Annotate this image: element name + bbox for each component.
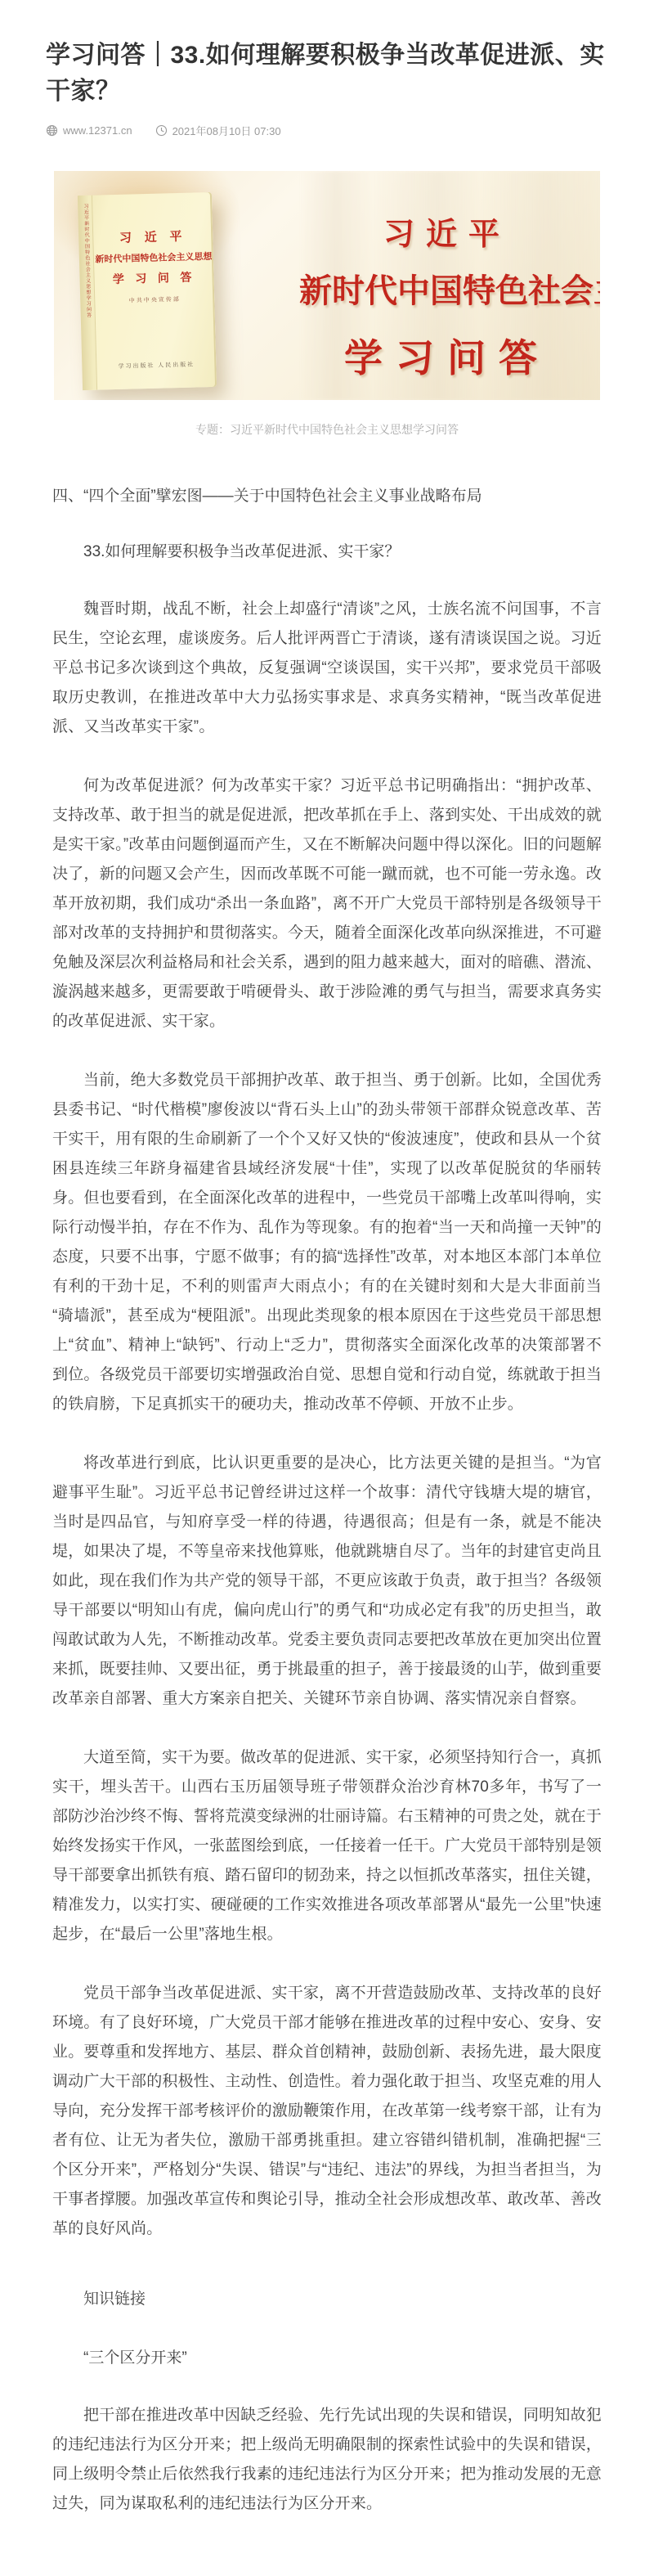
datetime-item: 2021年08月10日 07:30 [155, 123, 281, 138]
globe-icon [46, 124, 58, 137]
paragraph: 大道至简，实干为要。做改革的促进派、实干家，必须坚持知行合一，真抓实干，埋头苦干… [52, 1743, 602, 1949]
book-press-names: 学习出版社 人民出版社 [96, 360, 216, 372]
knowledge-link-body: 把干部在推进改革中因缺乏经验、先行先试出现的失误和错误，同明知故犯的违纪违法行为… [52, 2401, 602, 2519]
section-heading: 四、“四个全面”擘宏图——关于中国特色社会主义事业战略布局 [52, 483, 602, 510]
paragraph: 魏晋时期，战乱不断，社会上却盛行“清谈”之风，士族名流不问国事，不言民生，空论玄… [52, 595, 602, 742]
banner-caption: 专题：习近平新时代中国特色社会主义思想学习问答 [0, 421, 654, 438]
book-publisher: 中共中央宣传部 [95, 294, 214, 306]
paragraph: 当前，绝大多数党员干部拥护改革、敢于担当、勇于创新。比如，全国优秀县委书记、“时… [52, 1066, 602, 1419]
banner-headline-line1: 习近平 [299, 209, 595, 254]
paragraph: 何为改革促进派？何为改革实干家？习近平总书记明确指出：“拥护改革、支持改革、敢于… [52, 771, 602, 1036]
banner-headline-line3: 学习问答 [299, 328, 595, 383]
article-meta: www.12371.cn 2021年08月10日 07:30 [46, 123, 608, 138]
book-cover: 习近平新时代中国特色社会主义思想学习问答 习 近 平 新时代中国特色社会主义思想… [78, 192, 217, 390]
banner-image: 习近平新时代中国特色社会主义思想学习问答 习 近 平 新时代中国特色社会主义思想… [54, 171, 600, 400]
book-title-line3: 学 习 问 答 [94, 268, 213, 288]
knowledge-link-subtitle: “三个区分开来” [52, 2345, 602, 2371]
paragraph: 党员干部争当改革促进派、实干家，离不开营造鼓励改革、支持改革的良好环境。有了良好… [52, 1979, 602, 2244]
datetime-text: 2021年08月10日 07:30 [172, 123, 281, 138]
book-title-line2: 新时代中国特色社会主义思想 [94, 250, 213, 266]
source-item: www.12371.cn [46, 124, 132, 137]
source-text: www.12371.cn [63, 124, 132, 137]
clock-icon [155, 124, 168, 137]
banner-headline: 习近平 新时代中国特色社会主义思想 学习问答 [299, 209, 595, 383]
book-front-cover: 习 近 平 新时代中国特色社会主义思想 学 习 问 答 中共中央宣传部 学习出版… [92, 192, 217, 390]
page-title: 学习问答｜33.如何理解要积极争当改革促进派、实干家？ [46, 38, 608, 110]
book-title-line1: 习 近 平 [93, 227, 213, 247]
article-page: 学习问答｜33.如何理解要积极争当改革促进派、实干家？ www.12371.cn [0, 0, 654, 2576]
knowledge-link-label: 知识链接 [52, 2286, 602, 2313]
paragraph: 将改革进行到底，比认识更重要的是决心，比方法更关键的是担当。“为官避事平生耻”。… [52, 1449, 602, 1714]
question-heading: 33.如何理解要积极争当改革促进派、实干家？ [52, 539, 602, 565]
banner-headline-line2: 新时代中国特色社会主义思想 [299, 265, 595, 312]
